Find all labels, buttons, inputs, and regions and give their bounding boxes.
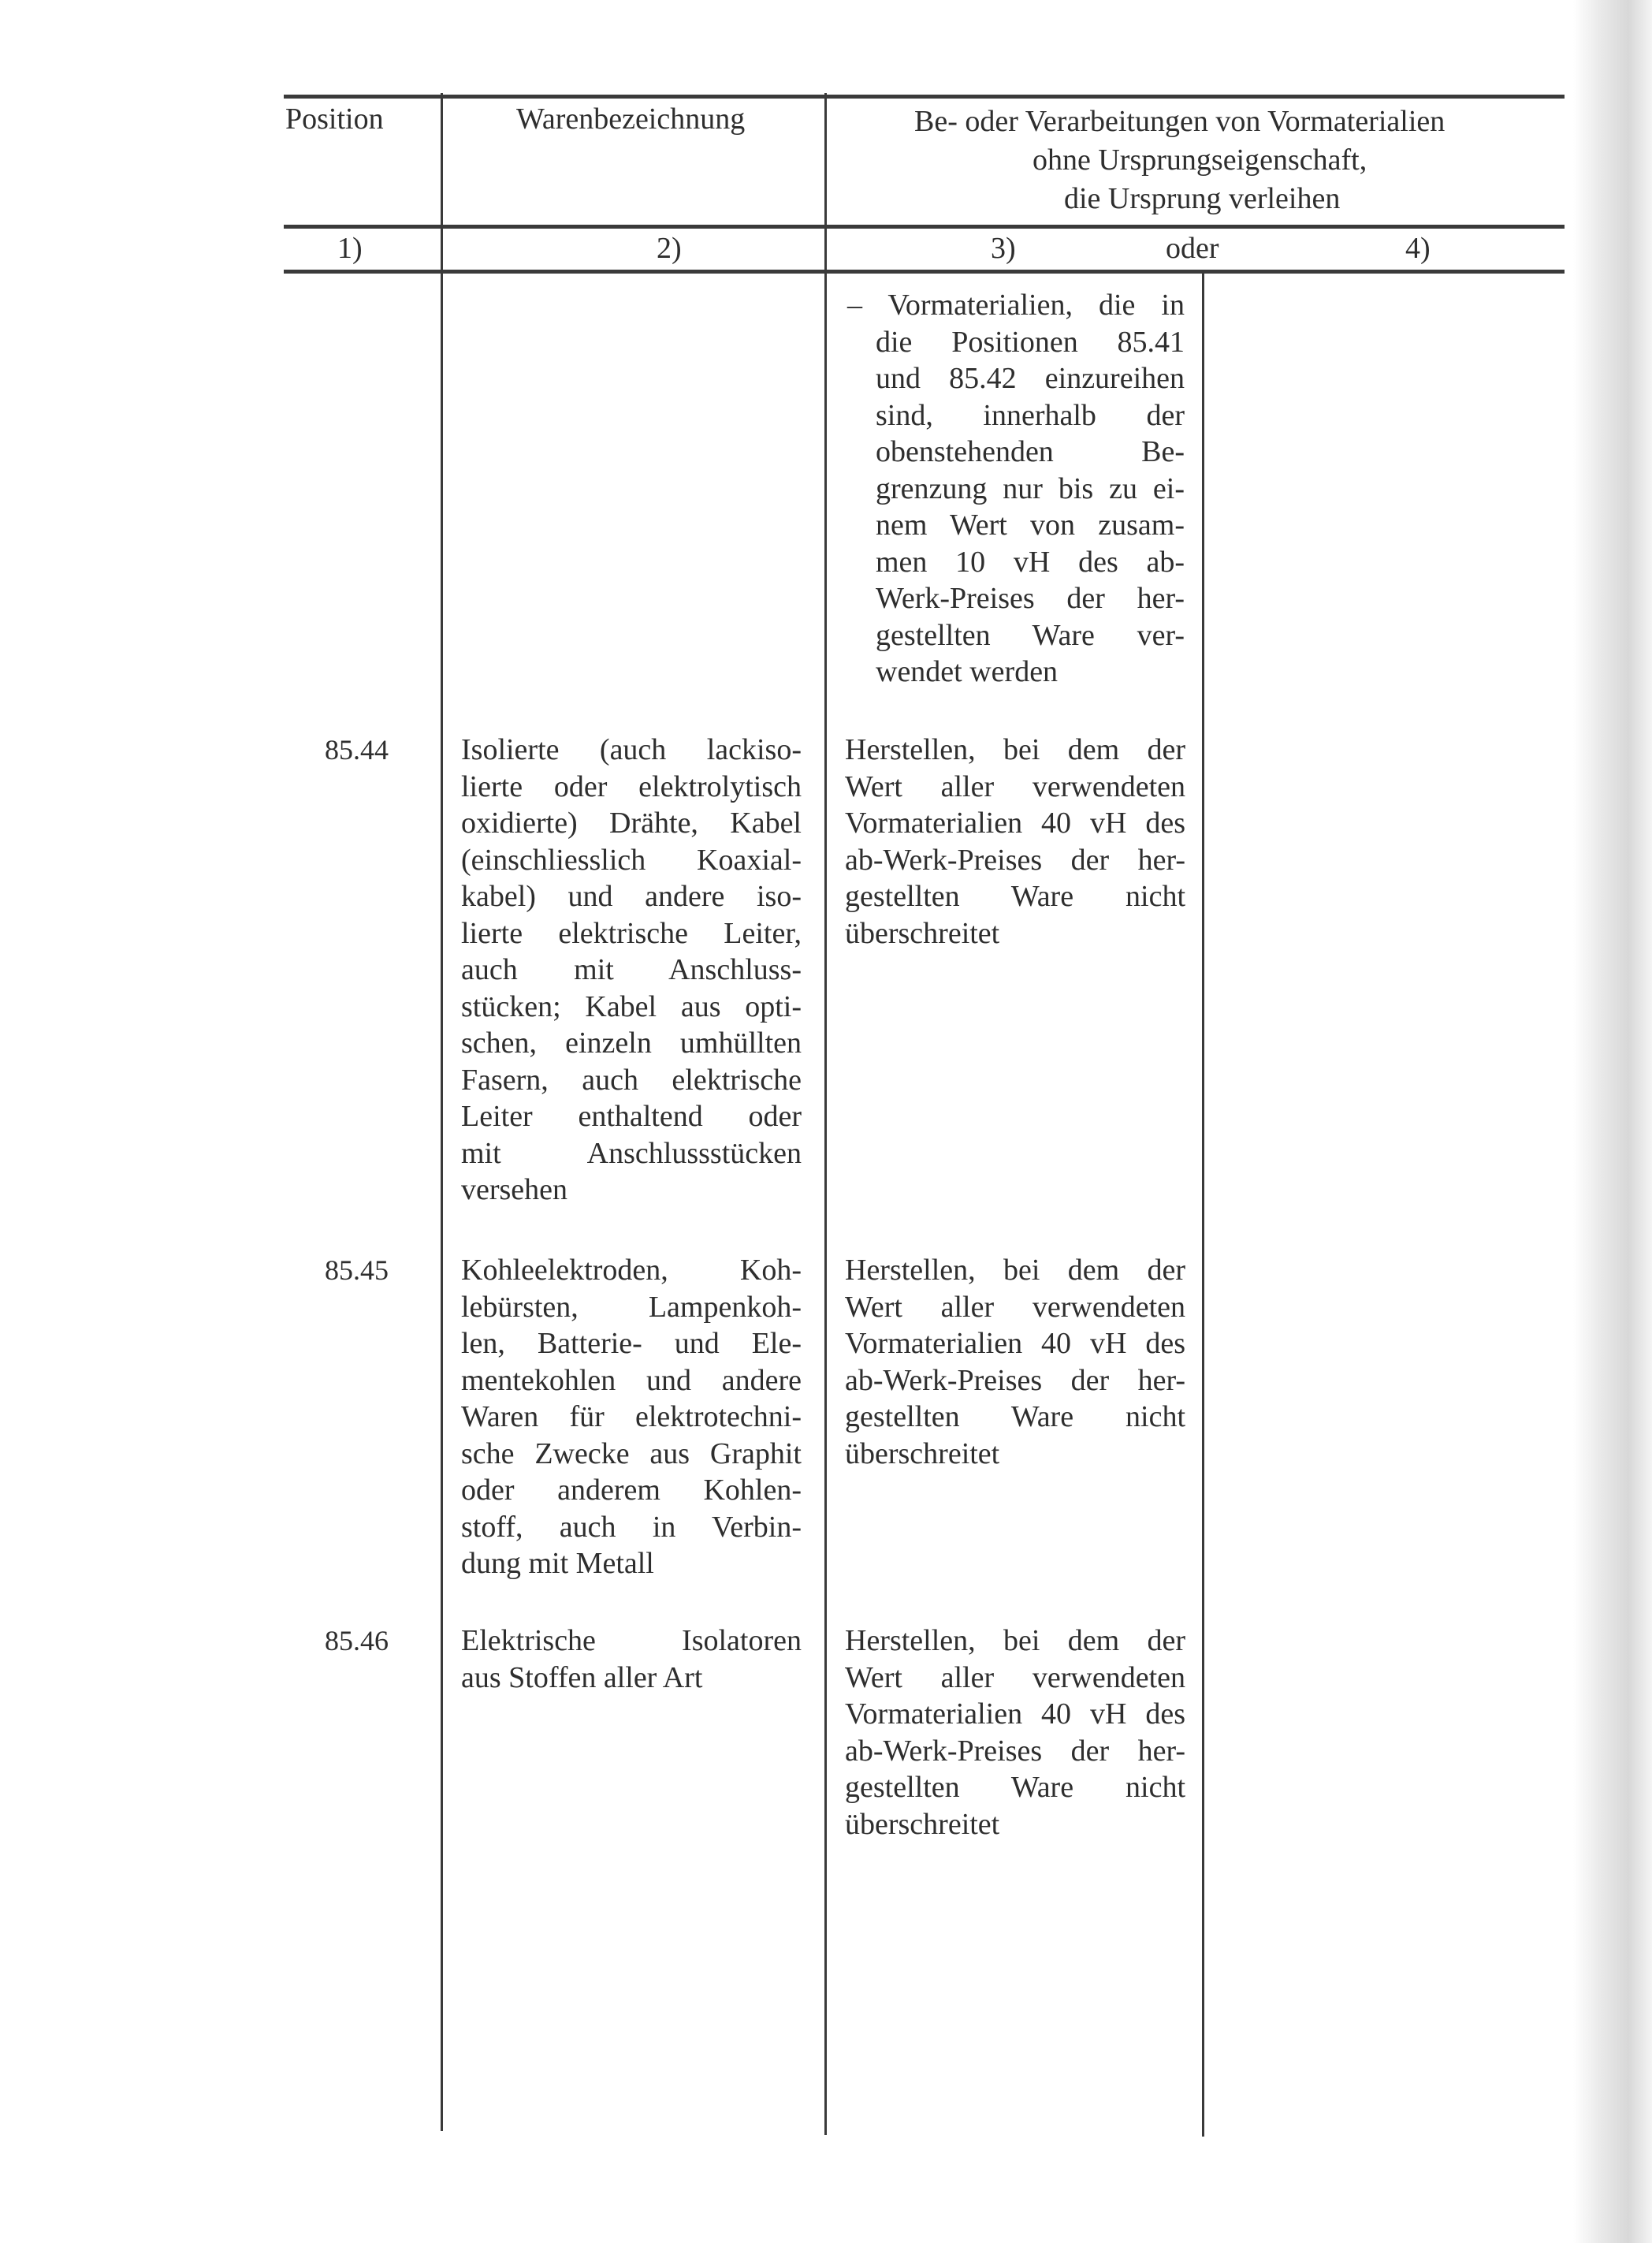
row-description-85-44: Isolierte (auch lackiso- lierte oder ele… <box>461 732 802 1209</box>
column-number-4: 4) <box>1405 230 1431 267</box>
continuation-rule-text: – Vormaterialien, die in die Positionen … <box>849 287 1185 691</box>
scan-gutter-shadow <box>1573 0 1652 2243</box>
column-number-1: 1) <box>337 230 363 267</box>
column-divider-2 <box>824 93 827 2135</box>
column-divider-1 <box>441 93 443 2131</box>
header-processing-line-2: ohne Ursprungseigenschaft, <box>1032 142 1367 179</box>
header-processing-line-3: die Ursprung verleihen <box>1064 181 1340 218</box>
row-position-85-46: 85.46 <box>325 1623 389 1659</box>
row-position-85-45: 85.45 <box>325 1252 389 1288</box>
row-description-85-46: Elektrische Isolatoren aus Stoffen aller… <box>461 1623 802 1696</box>
column-number-2: 2) <box>657 230 682 267</box>
column-number-3: 3) <box>991 230 1016 267</box>
row-position-85-44: 85.44 <box>325 732 389 768</box>
row-rule-85-45: Herstellen, bei dem der Wert aller verwe… <box>845 1252 1185 1472</box>
column-number-rule <box>284 270 1565 274</box>
row-rule-85-44: Herstellen, bei dem der Wert aller verwe… <box>845 732 1185 952</box>
table-top-rule <box>284 95 1565 99</box>
column-oder-label: oder <box>1166 230 1219 267</box>
header-separator-rule <box>284 225 1565 229</box>
column-divider-3 <box>1202 272 1204 2137</box>
header-processing-line-1: Be- oder Verarbeitungen von Vormateriali… <box>914 103 1445 140</box>
header-warenbezeichnung: Warenbezeichnung <box>516 101 745 138</box>
header-position: Position <box>285 101 384 138</box>
row-description-85-45: Kohleelektroden, Koh- lebürsten, Lampenk… <box>461 1252 802 1582</box>
row-rule-85-46: Herstellen, bei dem der Wert aller verwe… <box>845 1623 1185 1842</box>
